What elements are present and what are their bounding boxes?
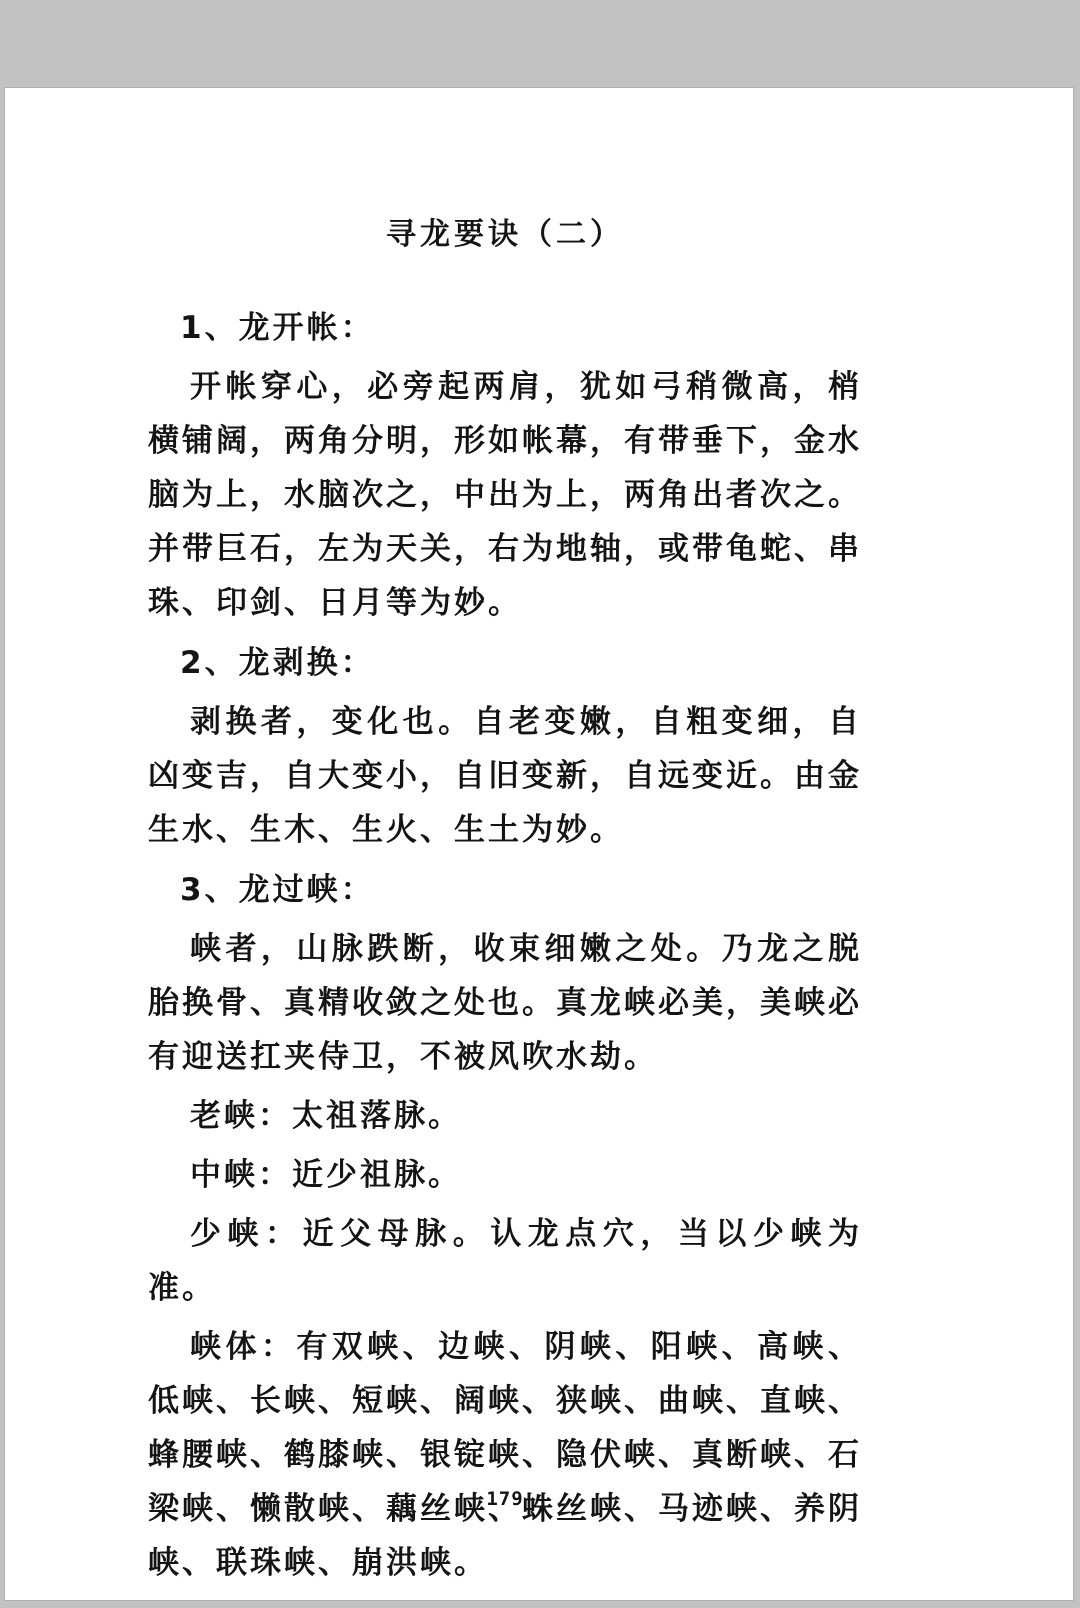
paragraph: 少峡：近父母脉。认龙点穴，当以少峡为准。: [148, 1207, 862, 1315]
page-content: 寻龙要诀（二） 1、龙开帐：开帐穿心，必旁起两肩，犹如弓稍微高，梢横铺阔，两角分…: [148, 213, 862, 1595]
scanner-viewport: 寻龙要诀（二） 1、龙开帐：开帐穿心，必旁起两肩，犹如弓稍微高，梢横铺阔，两角分…: [0, 0, 1080, 1608]
section: 1、龙开帐：开帐穿心，必旁起两肩，犹如弓稍微高，梢横铺阔，两角分明，形如帐幕，有…: [148, 301, 862, 630]
section-heading: 3、龙过峡：: [148, 863, 862, 917]
book-page: 寻龙要诀（二） 1、龙开帐：开帐穿心，必旁起两肩，犹如弓稍微高，梢横铺阔，两角分…: [5, 88, 1073, 1600]
page-number: 179: [148, 1488, 862, 1510]
sections-container: 1、龙开帐：开帐穿心，必旁起两肩，犹如弓稍微高，梢横铺阔，两角分明，形如帐幕，有…: [148, 301, 862, 1590]
section-heading: 1、龙开帐：: [148, 301, 862, 355]
paragraph: 中峡：近少祖脉。: [148, 1148, 862, 1202]
paragraph: 峡体：有双峡、边峡、阴峡、阳峡、高峡、低峡、长峡、短峡、阔峡、狭峡、曲峡、直峡、…: [148, 1320, 862, 1590]
section: 3、龙过峡：峡者，山脉跌断，收束细嫩之处。乃龙之脱胎换骨、真精收敛之处也。真龙峡…: [148, 863, 862, 1590]
paragraph: 剥换者，变化也。自老变嫩，自粗变细，自凶变吉，自大变小，自旧变新，自远变近。由金…: [148, 695, 862, 857]
section: 2、龙剥换：剥换者，变化也。自老变嫩，自粗变细，自凶变吉，自大变小，自旧变新，自…: [148, 636, 862, 857]
section-heading: 2、龙剥换：: [148, 636, 862, 690]
page-title: 寻龙要诀（二）: [148, 213, 862, 257]
paragraph: 老峡：太祖落脉。: [148, 1089, 862, 1143]
paragraph: 开帐穿心，必旁起两肩，犹如弓稍微高，梢横铺阔，两角分明，形如帐幕，有带垂下，金水…: [148, 360, 862, 630]
paragraph: 峡者，山脉跌断，收束细嫩之处。乃龙之脱胎换骨、真精收敛之处也。真龙峡必美，美峡必…: [148, 922, 862, 1084]
